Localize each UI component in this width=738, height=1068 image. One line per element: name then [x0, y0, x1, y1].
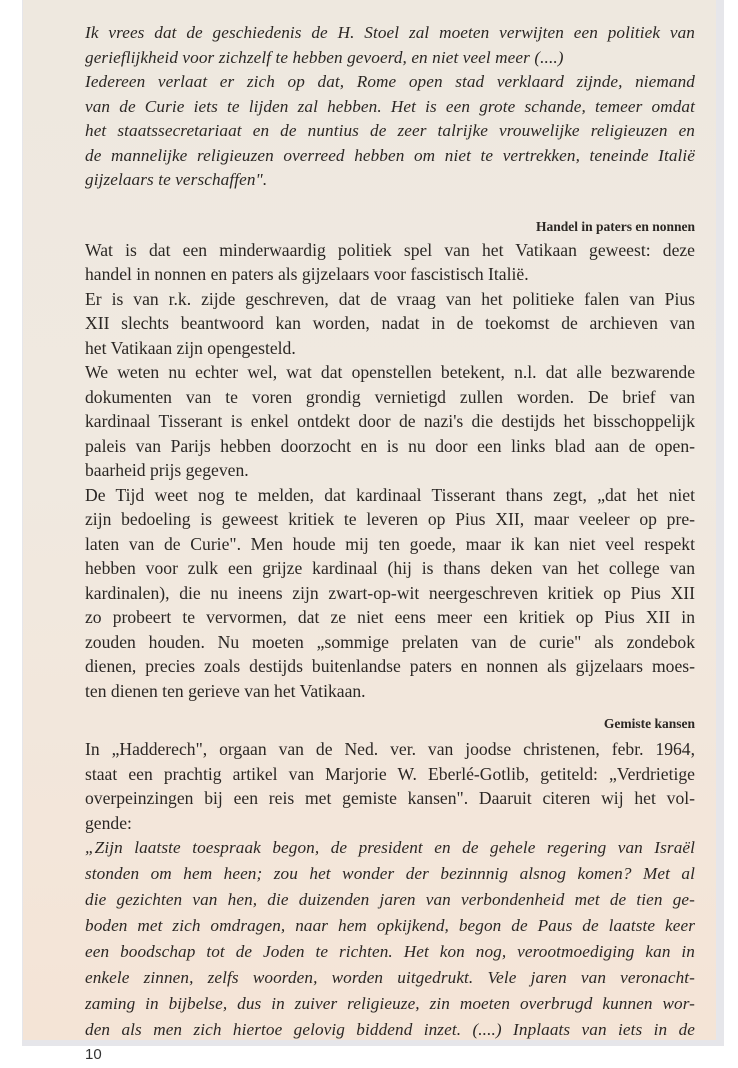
text-line: gerieflijkheid voor zichzelf te hebben g…: [85, 46, 695, 71]
text-line: de mannelijke religieuzen overreed hebbe…: [85, 144, 695, 169]
text-line: dienen, precies zoals destijds buitenlan…: [85, 654, 695, 679]
text-line: handel in nonnen en paters als gijzelaar…: [85, 262, 695, 287]
text-line: paleis van Parijs hebben doorzocht en is…: [85, 434, 695, 459]
text-line: dokumenten van te voren grondig vernieti…: [85, 385, 695, 410]
text-line: kardinaal Tisserant is enkel ontdekt doo…: [85, 409, 695, 434]
text-line: ten dienen ten gerieve van het Vatikaan.: [85, 679, 695, 704]
text-line: enkele zinnen, zelfs woorden, worden uit…: [85, 965, 695, 991]
quote-block-2: „Zijn laatste toespraak begon, de presid…: [85, 835, 695, 1043]
text-line: die gezichten van hen, die duizenden jar…: [85, 887, 695, 913]
text-line: zouden houden. Nu moeten „sommige prelat…: [85, 630, 695, 655]
text-line: overpeinzingen bij een reis met gemiste …: [85, 786, 695, 811]
text-line: boden met zich omdragen, naar hem opkijk…: [85, 913, 695, 939]
text-line: laten van de Curie". Men houde mij ten g…: [85, 532, 695, 557]
text-line: In „Hadderech", orgaan van de Ned. ver. …: [85, 737, 695, 762]
section-heading-handel: Handel in paters en nonnen: [85, 216, 695, 238]
text-line: hebben voor zulk een grijze kardinaal (h…: [85, 556, 695, 581]
text-line: het Vatikaan zijn opengesteld.: [85, 336, 695, 361]
text-line: staat een prachtig artikel van Marjorie …: [85, 762, 695, 787]
text-line: het staatssecretariaat en de nuntius de …: [85, 119, 695, 144]
text-line: Ik vrees dat de geschiedenis de H. Stoel…: [85, 21, 695, 46]
body-block-1: Wat is dat een minderwaardig politiek sp…: [85, 238, 695, 704]
text-line: XII slechts beantwoord kan worden, nadat…: [85, 311, 695, 336]
text-line: Er is van r.k. zijde geschreven, dat de …: [85, 287, 695, 312]
text-line: zaming in bijbelse, dus in zuiver religi…: [85, 991, 695, 1017]
quote-block-1: Ik vrees dat de geschiedenis de H. Stoel…: [85, 21, 695, 193]
text-line: De Tijd weet nog te melden, dat kardinaa…: [85, 483, 695, 508]
text-line: baarheid prijs gegeven.: [85, 458, 695, 483]
text-line: gijzelaars te verschaffen".: [85, 168, 695, 193]
text-line: gende:: [85, 811, 695, 836]
text-line: stonden om hem heen; zou het wonder der …: [85, 861, 695, 887]
text-line: zijn bedoeling is geweest kritiek te lev…: [85, 507, 695, 532]
text-line: Iedereen verlaat er zich op dat, Rome op…: [85, 70, 695, 95]
text-line: kardinalen), die nu ineens zijn zwart-op…: [85, 581, 695, 606]
text-column: Ik vrees dat de geschiedenis de H. Stoel…: [85, 21, 695, 1067]
text-line: een boodschap tot de Joden te richten. H…: [85, 939, 695, 965]
text-line: van de Curie iets te lijden zal hebben. …: [85, 95, 695, 120]
text-line: den als men zich hiertoe gelovig biddend…: [85, 1017, 695, 1043]
text-line: We weten nu echter wel, wat dat openstel…: [85, 360, 695, 385]
text-line: zo probeert te vervormen, dat ze niet ee…: [85, 605, 695, 630]
page-number: 10: [85, 1043, 695, 1067]
text-line: „Zijn laatste toespraak begon, de presid…: [85, 835, 695, 861]
text-line: Wat is dat een minderwaardig politiek sp…: [85, 238, 695, 263]
section-heading-gemiste-kansen: Gemiste kansen: [85, 713, 695, 735]
body-block-2: In „Hadderech", orgaan van de Ned. ver. …: [85, 737, 695, 835]
